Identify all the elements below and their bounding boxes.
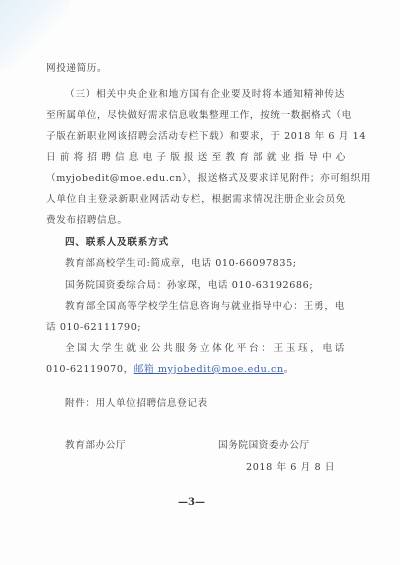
contact-line: 国务院国资委综合局：孙家琛，电话 010-63192686; bbox=[65, 280, 313, 292]
paragraph-3-line: 费发布招聘信息。 bbox=[46, 215, 128, 227]
email-link[interactable]: 邮箱 myjobedit@moe.edu.cn bbox=[134, 364, 284, 375]
contact-line: 全国大学生就业公共服务立体化平台：王玉珏，电话 bbox=[65, 343, 345, 355]
paragraph-3-line: （三）相关中央企业和地方国有企业要及时将本通知精神传达 bbox=[65, 89, 345, 101]
attachment-note: 附件：用人单位招聘信息登记表 bbox=[65, 398, 208, 410]
paragraph-3-line: 人单位自主登录新职业网活动专栏，根据需求情况注册企业会员免 bbox=[46, 194, 346, 206]
contact-line: 教育部高校学生司:简成章，电话 010-66097835; bbox=[65, 258, 297, 270]
paragraph-3-line: 至所属单位，尽快做好需求信息收集整理工作，按统一数据格式（电 bbox=[46, 110, 346, 122]
section-heading: 四、联系人及联系方式 bbox=[65, 237, 169, 249]
contact-line: 010-62119070，邮箱 myjobedit@moe.edu.cn。 bbox=[46, 364, 294, 376]
sentence-end: 。 bbox=[284, 364, 294, 375]
document-page: 网投递简历。 （三）相关中央企业和地方国有企业要及时将本通知精神传达 至所属单位… bbox=[0, 0, 400, 565]
signature-right: 国务院国资委办公厅 bbox=[218, 440, 310, 452]
paragraph-3-line: 日前将招聘信息电子版报送至教育部就业指导中心 bbox=[46, 152, 346, 164]
contact-line: 教育部全国高等学校学生信息咨询与就业指导中心：王勇，电 bbox=[65, 301, 345, 313]
signature-date: 2018 年 6 月 8 日 bbox=[246, 462, 335, 474]
contact-phone: 010-62119070， bbox=[46, 364, 134, 375]
paragraph-3-line: 子版在新职业网该招聘会活动专栏下载）和要求，于 2018 年 6 月 14 bbox=[46, 131, 346, 143]
page-number: —3— bbox=[178, 497, 205, 509]
signature-left: 教育部办公厅 bbox=[65, 440, 126, 452]
paragraph-3-line: （myjobedit@moe.edu.cn），报送格式及要求详见附件；亦可组织用 bbox=[46, 173, 346, 185]
paragraph-continuation: 网投递简历。 bbox=[46, 63, 107, 75]
contact-line: 话 010-62111790; bbox=[46, 322, 141, 334]
